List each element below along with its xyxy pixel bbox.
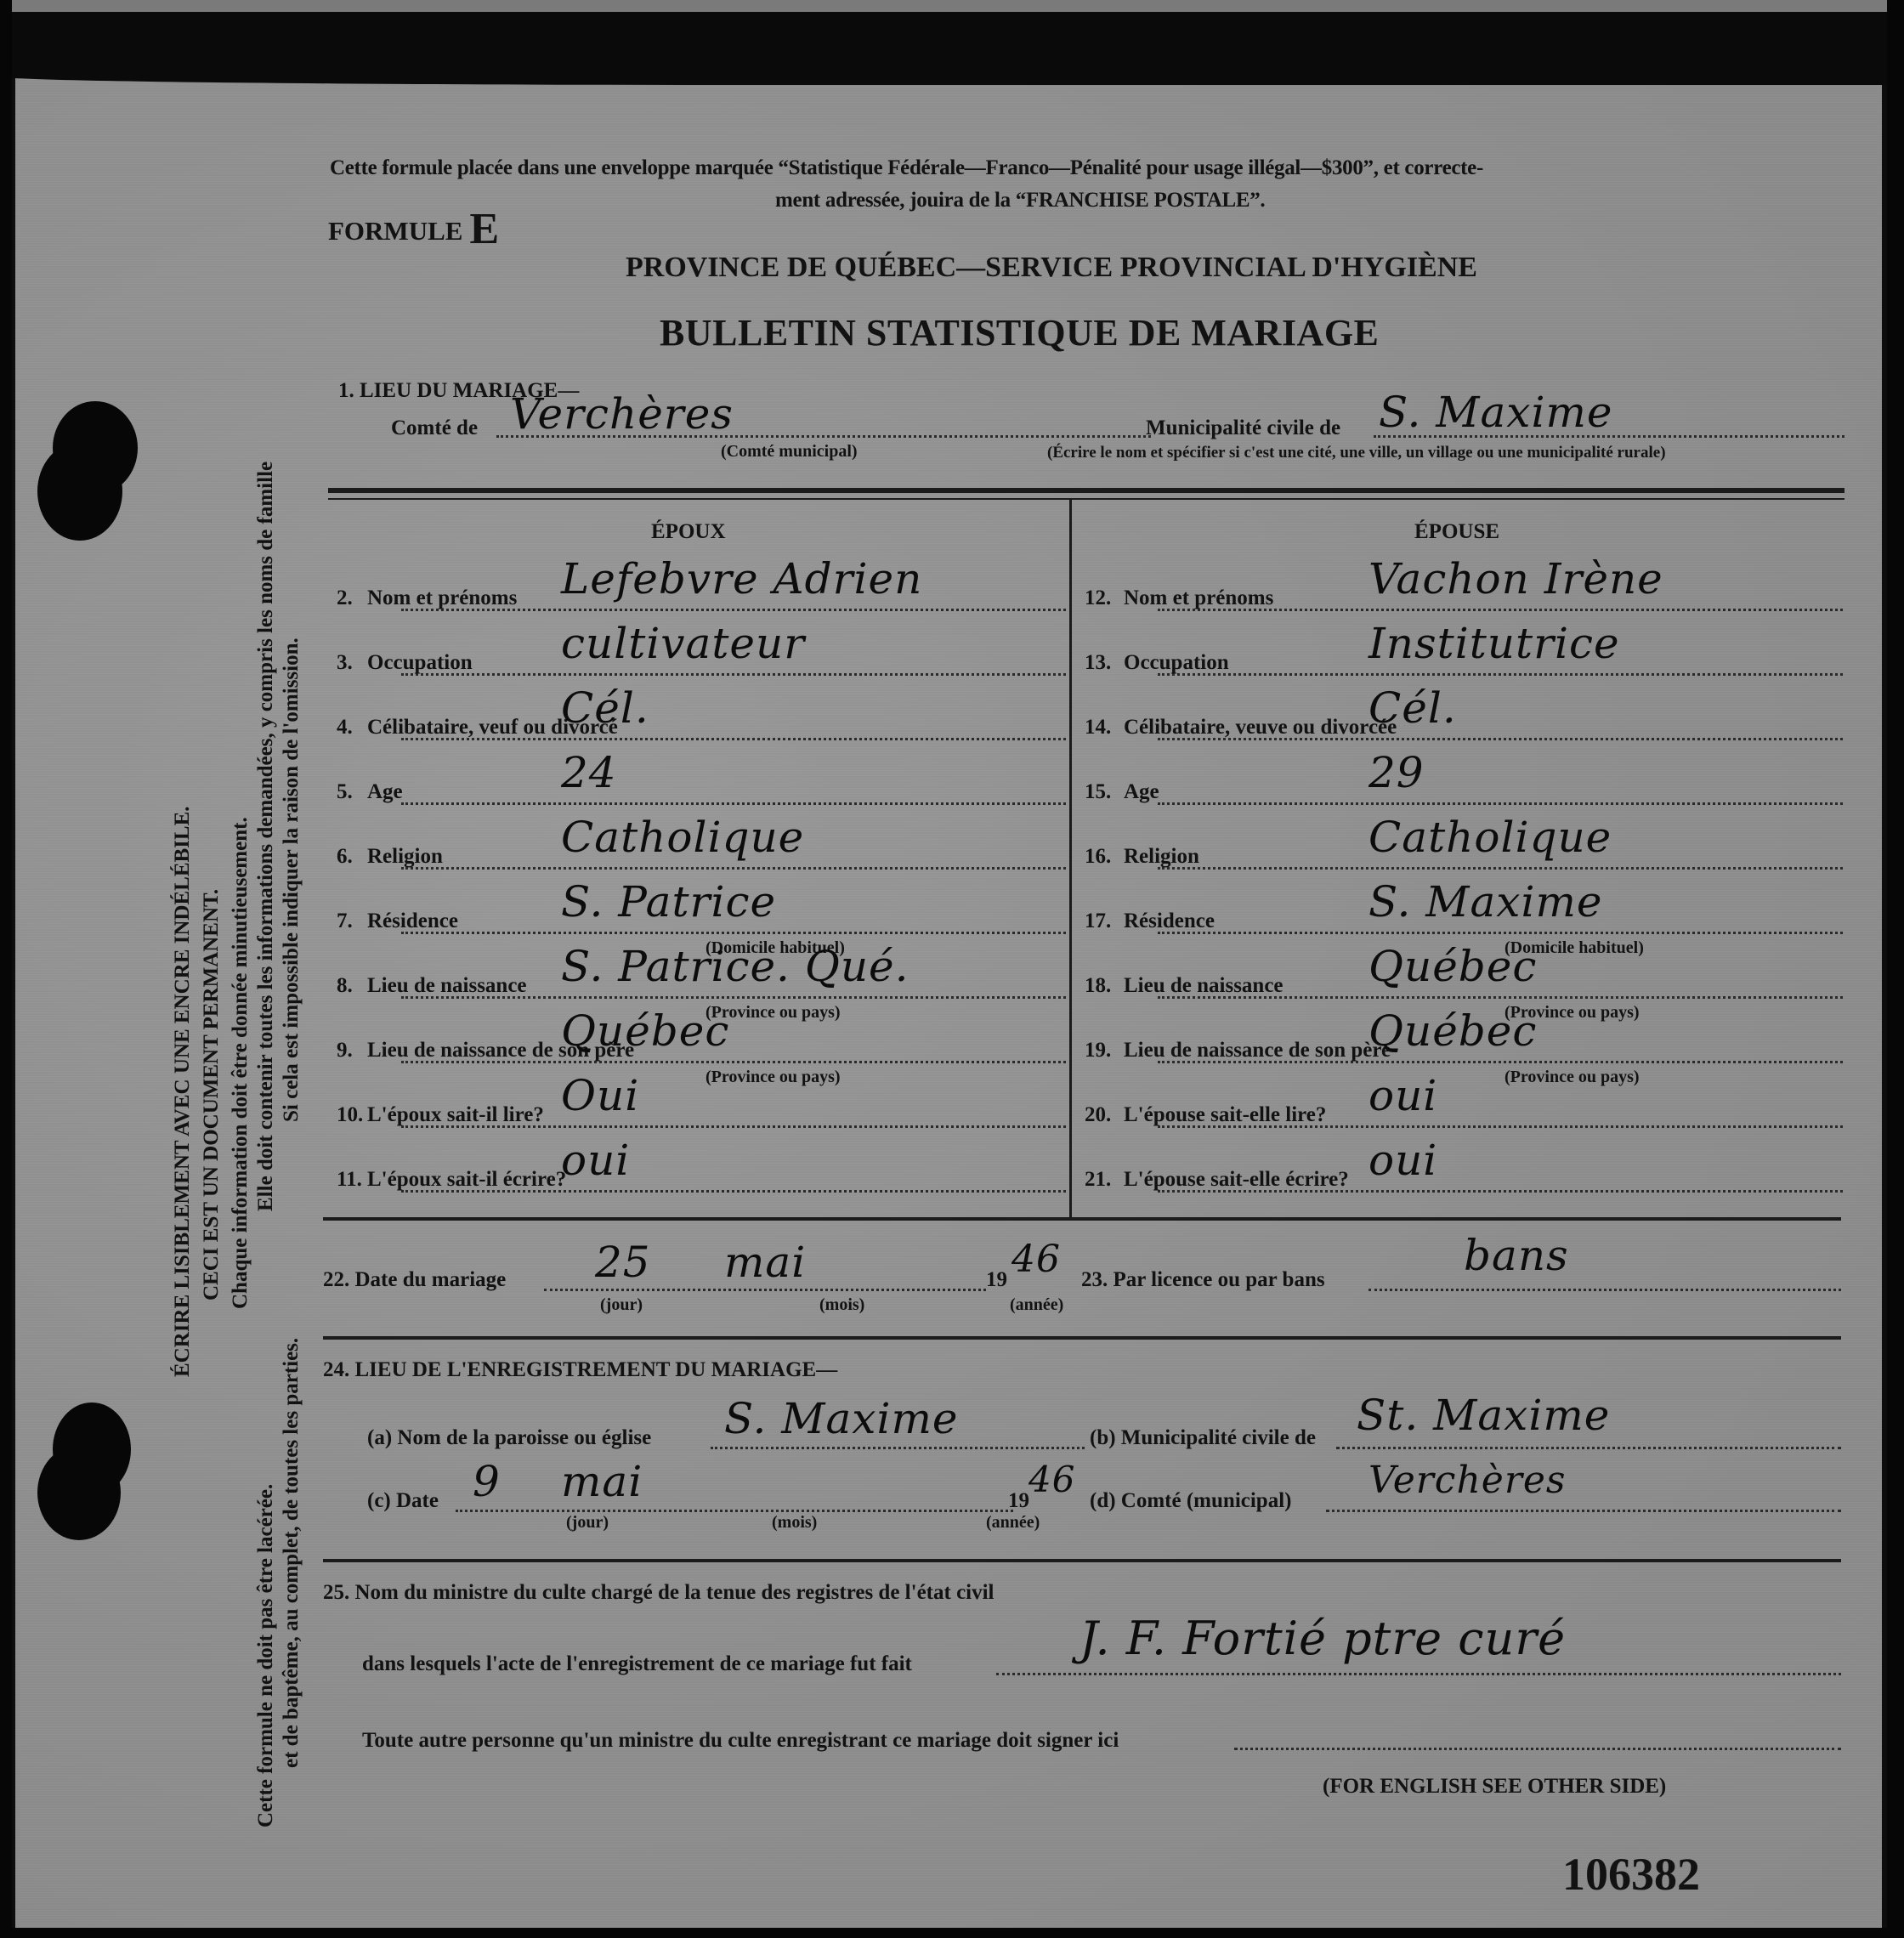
field-label: Age [367, 780, 403, 804]
date-mariage-label: 22. Date du mariage [323, 1268, 506, 1292]
municipalite-civile-line [1336, 1447, 1841, 1449]
field-number: 3. [337, 651, 353, 675]
field-label: Lieu de naissance [367, 974, 527, 998]
field-label: Résidence [1124, 909, 1215, 933]
side-instruction-2: CECI EST UN DOCUMENT PERMANENT. [197, 889, 225, 1300]
scan-top-strip [0, 0, 1904, 12]
field-label: Lieu de naissance [1124, 974, 1283, 998]
date-mariage-day: 25 [595, 1238, 651, 1287]
field-number: 2. [337, 586, 353, 610]
enregistrement-day: 9 [473, 1457, 501, 1506]
scan-bottom-edge [0, 1928, 1904, 1938]
municipalite-civile-label: (b) Municipalité civile de [1090, 1426, 1316, 1450]
column-divider [1069, 498, 1072, 1217]
field-handwritten-value: Lefebvre Adrien [561, 554, 922, 603]
section-rule-25 [323, 1559, 1841, 1562]
c-year-caption: (année) [986, 1513, 1040, 1533]
ministre-signature-line [996, 1673, 1841, 1675]
field-label: L'époux sait-il lire? [367, 1103, 544, 1127]
field-label: Nom et prénoms [1124, 586, 1273, 610]
formule-label: FORMULEE [328, 204, 499, 254]
field-handwritten-value: Québec [1368, 1006, 1537, 1056]
comte-municipal-label: (d) Comté (municipal) [1090, 1489, 1291, 1513]
postal-notice-line1: Cette formule placée dans une enveloppe … [330, 156, 1483, 180]
field-label: Occupation [1124, 651, 1229, 675]
field-label: L'épouse sait-elle écrire? [1124, 1168, 1349, 1192]
field-number: 11. [337, 1168, 362, 1192]
field-caption: (Province ou pays) [705, 1068, 841, 1087]
field-label: Célibataire, veuve ou divorcée [1124, 716, 1397, 739]
licence-bans-line [1368, 1289, 1841, 1291]
field-number: 21. [1085, 1168, 1111, 1192]
field-number: 17. [1085, 909, 1111, 933]
municipalite-caption: (Écrire le nom et spécifier si c'est une… [1047, 444, 1666, 462]
field-number: 9. [337, 1039, 353, 1062]
field-label: Occupation [367, 651, 473, 675]
field-handwritten-value: S. Patrice [561, 877, 776, 926]
ministre-label-line2: dans lesquels l'acte de l'enregistrement… [362, 1652, 912, 1676]
other-signer-label: Toute autre personne qu'un ministre du c… [362, 1729, 1119, 1753]
field-handwritten-value: oui [1368, 1136, 1437, 1185]
date-mariage-year-prefix: 19 [986, 1268, 1007, 1292]
scan-left-edge [0, 0, 12, 1938]
enregistrement-year: 46 [1028, 1459, 1075, 1500]
scan-right-edge [1887, 0, 1904, 1938]
side-instruction-1: ÉCRIRE LISIBLEMENT AVEC UNE ENCRE INDÉLÉ… [168, 807, 196, 1378]
licence-bans-label: 23. Par licence ou par bans [1081, 1268, 1325, 1292]
epouse-heading: ÉPOUSE [1414, 520, 1499, 544]
field-label: Age [1124, 780, 1159, 804]
field-label: L'épouse sait-elle lire? [1124, 1103, 1326, 1127]
field-number: 15. [1085, 780, 1111, 804]
field-label: L'époux sait-il écrire? [367, 1168, 566, 1192]
field-handwritten-value: cultivateur [561, 619, 805, 668]
formule-letter: E [469, 205, 499, 253]
field-number: 10. [337, 1103, 363, 1127]
enregistrement-date-line [456, 1510, 1013, 1512]
year-caption: (année) [1010, 1295, 1063, 1315]
field-dotted-line [1158, 673, 1843, 676]
section1-double-rule [328, 488, 1844, 493]
field-number: 8. [337, 974, 353, 998]
c-day-caption: (jour) [566, 1513, 609, 1533]
field-number: 14. [1085, 716, 1111, 739]
section1-rule-thin [328, 498, 1844, 500]
field-handwritten-value: Cél. [1368, 683, 1457, 733]
comte-label: Comté de [391, 416, 478, 440]
side-instruction-6: et de baptême, au complet, de toutes les… [277, 1338, 305, 1768]
scan-top-shadow [0, 0, 1904, 85]
serial-number: 106382 [1562, 1848, 1700, 1901]
field-label: Résidence [367, 909, 458, 933]
field-number: 13. [1085, 651, 1111, 675]
other-signer-line [1234, 1748, 1841, 1750]
postal-notice-line2: ment adressée, jouira de la “FRANCHISE P… [775, 189, 1265, 212]
month-caption: (mois) [819, 1295, 864, 1315]
side-instruction-3: Chaque information doit être donnée minu… [226, 817, 254, 1309]
field-number: 4. [337, 716, 353, 739]
field-number: 6. [337, 845, 353, 869]
field-handwritten-value: oui [561, 1136, 630, 1185]
field-handwritten-value: 29 [1368, 748, 1425, 797]
english-note: (FOR ENGLISH SEE OTHER SIDE) [1323, 1775, 1666, 1799]
punch-hole-top-overlap [37, 442, 122, 541]
side-instruction-4: Elle doit contenir toutes les informatio… [252, 462, 280, 1211]
field-number: 20. [1085, 1103, 1111, 1127]
day-caption: (jour) [600, 1295, 643, 1315]
section24-heading: 24. LIEU DE L'ENREGISTREMENT DU MARIAGE— [323, 1358, 837, 1382]
date-mariage-line [544, 1289, 986, 1291]
section-rule-24 [323, 1336, 1841, 1340]
field-handwritten-value: Institutrice [1368, 619, 1620, 668]
form-title: BULLETIN STATISTIQUE DE MARIAGE [660, 311, 1379, 354]
epoux-heading: ÉPOUX [651, 520, 726, 544]
field-dotted-line [401, 867, 1066, 870]
paroisse-label: (a) Nom de la paroisse ou église [367, 1426, 651, 1450]
field-label: Religion [367, 845, 443, 869]
field-handwritten-value: Catholique [1368, 813, 1612, 862]
field-dotted-line [1158, 802, 1843, 805]
field-dotted-line [401, 673, 1066, 676]
field-handwritten-value: oui [1368, 1071, 1437, 1120]
field-dotted-line [401, 932, 1066, 934]
field-handwritten-value: Cél. [561, 683, 649, 733]
field-label: Lieu de naissance de son père [1124, 1039, 1391, 1062]
c-month-caption: (mois) [772, 1513, 817, 1533]
field-caption: (Province ou pays) [1504, 1068, 1640, 1087]
field-number: 19. [1085, 1039, 1111, 1062]
field-label: Nom et prénoms [367, 586, 517, 610]
field-handwritten-value: 24 [561, 748, 617, 797]
enregistrement-year-prefix: 19 [1008, 1489, 1029, 1513]
comte-municipal-line [1326, 1510, 1841, 1512]
ministre-signature: J. F. Fortié ptre curé [1079, 1612, 1566, 1665]
field-dotted-line [1158, 932, 1843, 934]
comte-value: Verchères [510, 389, 734, 439]
field-number: 5. [337, 780, 353, 804]
ministre-label-line1: 25. Nom du ministre du culte chargé de l… [323, 1581, 994, 1605]
field-handwritten-value: Québec [1368, 942, 1537, 991]
field-number: 18. [1085, 974, 1111, 998]
field-number: 12. [1085, 586, 1111, 610]
field-number: 16. [1085, 845, 1111, 869]
comte-caption: (Comté municipal) [721, 442, 858, 462]
field-handwritten-value: Oui [561, 1071, 639, 1120]
enregistrement-date-label: (c) Date [367, 1489, 439, 1513]
province-title: PROVINCE DE QUÉBEC—SERVICE PROVINCIAL D'… [626, 252, 1477, 284]
side-instruction-5b: Si cela est impossible indiquer la raiso… [277, 637, 305, 1122]
punch-hole-bottom-overlap [37, 1445, 121, 1540]
field-handwritten-value: Catholique [561, 813, 804, 862]
municipalite-value: S. Maxime [1379, 388, 1612, 437]
date-mariage-year: 46 [1011, 1238, 1061, 1281]
enregistrement-month: mai [561, 1457, 643, 1506]
section-rule-22 [323, 1217, 1841, 1221]
field-handwritten-value: S. Patrice. Qué. [561, 942, 909, 991]
municipalite-label: Municipalité civile de [1146, 416, 1340, 440]
field-dotted-line [401, 802, 1066, 805]
field-number: 7. [337, 909, 353, 933]
licence-bans-value: bans [1464, 1231, 1569, 1280]
side-instruction-5: Cette formule ne doit pas être lacérée. [252, 1484, 280, 1827]
paroisse-line [711, 1447, 1085, 1449]
field-label: Religion [1124, 845, 1199, 869]
date-mariage-month: mai [724, 1238, 806, 1287]
field-handwritten-value: Vachon Irène [1368, 554, 1663, 603]
comte-municipal-value: Verchères [1368, 1459, 1566, 1502]
field-handwritten-value: S. Maxime [1368, 877, 1602, 926]
field-handwritten-value: Québec [561, 1006, 729, 1056]
field-dotted-line [1158, 867, 1843, 870]
paroisse-value: S. Maxime [724, 1394, 958, 1443]
municipalite-civile-value: St. Maxime [1357, 1391, 1610, 1440]
